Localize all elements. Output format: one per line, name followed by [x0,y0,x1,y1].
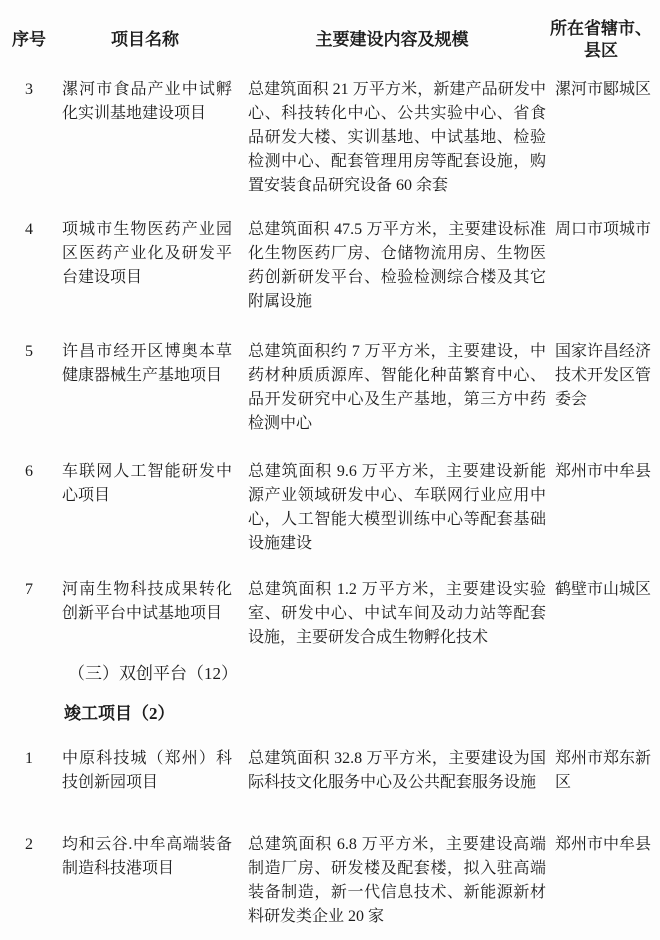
column-header-name: 项目名称 [52,29,238,51]
project-location: 漯河市郾城区 [546,78,656,102]
project-location: 周口市项城市 [546,218,656,242]
row-number: 1 [6,747,52,771]
project-name: 许昌市经开区博奥本草健康器械生产基地项目 [52,340,238,388]
project-content: 总建筑面积 1.2 万平方米，主要建设实验室、研发中心、中试车间及动力站等配套设… [238,578,546,650]
project-name: 河南生物科技成果转化创新平台中试基地项目 [52,578,238,626]
project-content: 总建筑面积约 7 万平方米，主要建设，中药材种质质源库、智能化种苗繁育中心、品开… [238,340,546,436]
row-number: 7 [6,578,52,602]
table-row: 7 河南生物科技成果转化创新平台中试基地项目 总建筑面积 1.2 万平方米，主要… [6,578,660,650]
project-content: 总建筑面积 6.8 万平方米，主要建设高端制造厂房、研发楼及配套楼，拟入驻高端装… [238,833,546,929]
table-row: 6 车联网人工智能研发中心项目 总建筑面积 9.6 万平方米，主要建设新能源产业… [6,460,660,556]
section-heading-shuangchuang-platform: （三）双创平台（12） [6,662,660,686]
project-content: 总建筑面积 47.5 万平方米，主要建设标准化生物医药厂房、仓储物流用房、生物医… [238,218,546,314]
row-number: 2 [6,833,52,857]
table-row: 5 许昌市经开区博奥本草健康器械生产基地项目 总建筑面积约 7 万平方米，主要建… [6,340,660,436]
project-name: 车联网人工智能研发中心项目 [52,460,238,508]
project-location: 鹤壁市山城区 [546,578,656,602]
column-header-content: 主要建设内容及规模 [238,29,546,51]
project-content: 总建筑面积 32.8 万平方米，主要建设为国际科技文化服务中心及公共配套服务设施 [238,747,546,795]
project-name: 漯河市食品产业中试孵化实训基地建设项目 [52,78,238,126]
table-row: 3 漯河市食品产业中试孵化实训基地建设项目 总建筑面积 21 万平方米，新建产品… [6,78,660,198]
table-header-row: 序号 项目名称 主要建设内容及规模 所在省辖市、县区 [6,18,660,62]
project-location: 郑州市中牟县 [546,460,656,484]
project-name: 中原科技城（郑州）科技创新园项目 [52,747,238,795]
project-name: 均和云谷.中牟高端装备制造科技港项目 [52,833,238,881]
row-number: 4 [6,218,52,242]
section-heading-completed-projects: 竣工项目（2） [6,702,660,726]
project-content: 总建筑面积 21 万平方米，新建产品研发中心、科技转化中心、公共实验中心、省食品… [238,78,546,198]
column-header-no: 序号 [6,29,52,51]
project-name: 项城市生物医药产业园区医药产业化及研发平台建设项目 [52,218,238,290]
table-row: 1 中原科技城（郑州）科技创新园项目 总建筑面积 32.8 万平方米，主要建设为… [6,747,660,795]
document-page: 序号 项目名称 主要建设内容及规模 所在省辖市、县区 3 漯河市食品产业中试孵化… [0,0,660,940]
table-row: 4 项城市生物医药产业园区医药产业化及研发平台建设项目 总建筑面积 47.5 万… [6,218,660,314]
column-header-location: 所在省辖市、县区 [546,18,656,62]
project-content: 总建筑面积 9.6 万平方米，主要建设新能源产业领域研发中心、车联网行业应用中心… [238,460,546,556]
project-location: 郑州市郑东新区 [546,747,656,795]
row-number: 5 [6,340,52,364]
project-location: 国家许昌经济技术开发区管委会 [546,340,656,412]
row-number: 3 [6,78,52,102]
table-row: 2 均和云谷.中牟高端装备制造科技港项目 总建筑面积 6.8 万平方米，主要建设… [6,833,660,929]
project-location: 郑州市中牟县 [546,833,656,857]
row-number: 6 [6,460,52,484]
